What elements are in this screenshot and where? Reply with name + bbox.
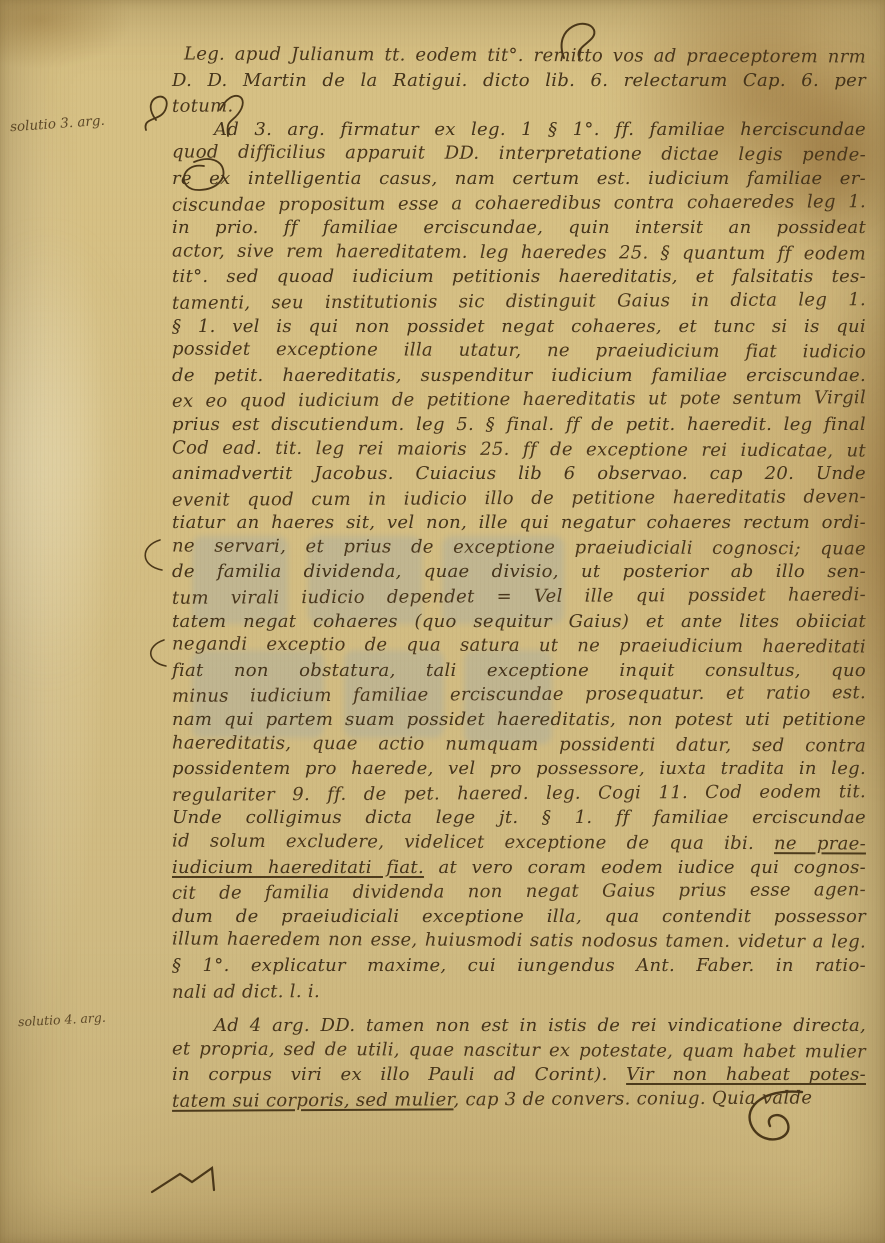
manuscript-line: in prio. ff familiae erciscundae, quin i… (172, 216, 866, 241)
manuscript-line: minus iudicium familiae erciscundae pros… (172, 682, 866, 710)
manuscript-line: Ad 3. arg. firmatur ex leg. 1 § 1°. ff. … (172, 118, 866, 143)
manuscript-line: prius est discutiendum. leg 5. § final. … (172, 413, 866, 438)
text-segment: ex eo quod iudicium de petitione haeredi… (172, 387, 866, 412)
text-segment: quod difficilius apparuit DD. interpreta… (172, 142, 866, 166)
manuscript-line: ex eo quod iudicium de petitione haeredi… (172, 386, 866, 414)
text-segment: § 1°. explicatur maxime, cui iungendus A… (172, 955, 866, 976)
manuscript-line: possidet exceptione illa utatur, ne prae… (172, 338, 866, 366)
manuscript-line: § 1°. explicatur maxime, cui iungendus A… (172, 954, 866, 979)
text-segment: cit de familia dividenda non negat Gaius… (172, 879, 866, 904)
manuscript-line: tatem negat cohaeres (quo sequitur Gaius… (172, 610, 866, 635)
text-segment: Ad 3. arg. firmatur ex leg. 1 § 1°. ff. … (214, 119, 866, 140)
text-segment: haereditatis, quae actio numquam posside… (172, 732, 866, 756)
text-segment: , cap 3 de convers. coniug. Quia valde (453, 1087, 812, 1110)
text-segment: nam qui partem suam possidet haereditati… (172, 709, 866, 730)
text-segment: nali ad dict. l. i. (172, 981, 320, 1003)
text-segment: negandi exceptio de qua satura ut ne pra… (172, 634, 866, 658)
text-segment: et propria, sed de utili, quae nascitur … (172, 1038, 866, 1062)
text-segment: dum de praeiudiciali exceptione illa, qu… (172, 906, 866, 927)
manuscript-page: solutio 3. arg. solutio 4. arg. Leg. apu… (0, 0, 885, 1243)
manuscript-line: actor, sive rem haereditatem. leg haered… (172, 239, 866, 267)
manuscript-line: re ex intelligentia casus, nam certum es… (172, 167, 866, 192)
manuscript-line: evenit quod cum in iudicio illo de petit… (172, 485, 866, 513)
manuscript-line: et propria, sed de utili, quae nascitur … (172, 1037, 866, 1065)
text-segment: Unde colligimus dicta lege jt. § 1. ff f… (172, 807, 866, 828)
text-segment: animadvertit Jacobus. Cuiacius lib 6 obs… (172, 463, 866, 484)
text-segment: id solum excludere, videlicet exceptione… (172, 830, 774, 854)
text-segment: re ex intelligentia casus, nam certum es… (172, 168, 866, 189)
text-segment: fiat non obstatura, tali exceptione inqu… (172, 660, 866, 681)
text-segment: in prio. ff familiae erciscundae, quin i… (172, 217, 866, 238)
manuscript-line: id solum excludere, videlicet exceptione… (172, 829, 866, 857)
text-segment: minus iudicium familiae erciscundae pros… (172, 683, 866, 708)
text-segment: tamenti, seu institutionis sic distingui… (172, 289, 866, 314)
manuscript-line: possidentem pro haerede, vel pro possess… (172, 757, 866, 782)
text-segment: evenit quod cum in iudicio illo de petit… (172, 486, 866, 511)
text-segment: prius est discutiendum. leg 5. § final. … (172, 414, 866, 435)
text-segment: possidentem pro haerede, vel pro possess… (172, 758, 866, 779)
manuscript-line: fiat non obstatura, tali exceptione inqu… (172, 659, 866, 684)
text-segment: tit°. sed quoad iudicium petitionis haer… (172, 266, 866, 287)
text-segment: Leg. apud Julianum tt. eodem tit°. remit… (184, 44, 866, 68)
manuscript-line: cit de familia dividenda non negat Gaius… (172, 878, 866, 906)
text-segment: tum virali iudicio dependet = Vel ille q… (172, 584, 866, 609)
manuscript-line: iudicium haereditati fiat. at vero coram… (172, 856, 866, 881)
text-segment: illum haeredem non esse, huiusmodi satis… (172, 929, 866, 953)
manuscript-line: ne servari, et prius de exceptione praei… (172, 534, 866, 562)
manuscript-line: regulariter 9. ff. de pet. haered. leg. … (172, 780, 866, 808)
manuscript-line: tatem sui corporis, sed mulier, cap 3 de… (172, 1086, 866, 1114)
text-segment: Ad 4 arg. DD. tamen non est in istis de … (214, 1015, 866, 1036)
manuscript-line: Leg. apud Julianum tt. eodem tit°. remit… (172, 42, 866, 70)
text-segment: totum. (172, 96, 234, 117)
text-segment: in corpus viri ex illo Pauli ad Corint). (172, 1064, 626, 1085)
text-segment: tiatur an haeres sit, vel non, ille qui … (172, 512, 866, 533)
text-segment: possidet exceptione illa utatur, ne prae… (172, 339, 866, 363)
manuscript-line: Cod ead. tit. leg rei maioris 25. ff de … (172, 436, 866, 464)
manuscript-line: in corpus viri ex illo Pauli ad Corint).… (172, 1063, 866, 1088)
underlined-passage: tatem sui corporis, sed mulier (172, 1089, 454, 1111)
manuscript-line: totum. (172, 91, 866, 119)
text-segment: regulariter 9. ff. de pet. haered. leg. … (172, 781, 866, 806)
manuscript-line: nali ad dict. l. i. (172, 977, 866, 1005)
text-segment: ciscundae propositum esse a cohaeredibus… (172, 191, 866, 216)
text-segment: § 1. vel is qui non possidet negat cohae… (172, 316, 866, 337)
text-segment: at vero coram eodem iudice qui cognos- (424, 857, 866, 878)
text-segment: de petit. haereditatis, suspenditur iudi… (172, 365, 866, 386)
manuscript-line: illum haeredem non esse, huiusmodi satis… (172, 928, 866, 956)
manuscript-line: de familia dividenda, quae divisio, ut p… (172, 560, 866, 585)
manuscript-line: § 1. vel is qui non possidet negat cohae… (172, 315, 866, 340)
underlined-passage: iudicium haereditati fiat. (172, 857, 424, 878)
manuscript-line: negandi exceptio de qua satura ut ne pra… (172, 633, 866, 661)
manuscript-line: Ad 4 arg. DD. tamen non est in istis de … (172, 1014, 866, 1039)
text-segment: de familia dividenda, quae divisio, ut p… (172, 561, 866, 582)
underlined-passage: ne prae- (774, 833, 866, 854)
manuscript-line: nam qui partem suam possidet haereditati… (172, 708, 866, 733)
manuscript-line: tiatur an haeres sit, vel non, ille qui … (172, 511, 866, 536)
manuscript-line: de petit. haereditatis, suspenditur iudi… (172, 364, 866, 389)
manuscript-line: tit°. sed quoad iudicium petitionis haer… (172, 265, 866, 290)
manuscript-line: dum de praeiudiciali exceptione illa, qu… (172, 905, 866, 930)
text-segment: Cod ead. tit. leg rei maioris 25. ff de … (172, 437, 866, 461)
manuscript-line: tum virali iudicio dependet = Vel ille q… (172, 583, 866, 611)
manuscript-text-block: Leg. apud Julianum tt. eodem tit°. remit… (172, 44, 866, 1113)
manuscript-line: Unde colligimus dicta lege jt. § 1. ff f… (172, 806, 866, 831)
manuscript-line: ciscundae propositum esse a cohaeredibus… (172, 190, 866, 218)
manuscript-line: tamenti, seu institutionis sic distingui… (172, 288, 866, 316)
text-segment: D. D. Martin de la Ratigui. dicto lib. 6… (172, 70, 866, 91)
text-segment: ne servari, et prius de exceptione praei… (172, 535, 866, 559)
manuscript-line: quod difficilius apparuit DD. interpreta… (172, 141, 866, 169)
manuscript-line: haereditatis, quae actio numquam posside… (172, 731, 866, 759)
text-segment: actor, sive rem haereditatem. leg haered… (172, 240, 866, 264)
underlined-passage: Vir non habeat potes- (626, 1064, 866, 1085)
manuscript-line: D. D. Martin de la Ratigui. dicto lib. 6… (172, 69, 866, 94)
text-segment: tatem negat cohaeres (quo sequitur Gaius… (172, 611, 866, 632)
manuscript-line: animadvertit Jacobus. Cuiacius lib 6 obs… (172, 462, 866, 487)
